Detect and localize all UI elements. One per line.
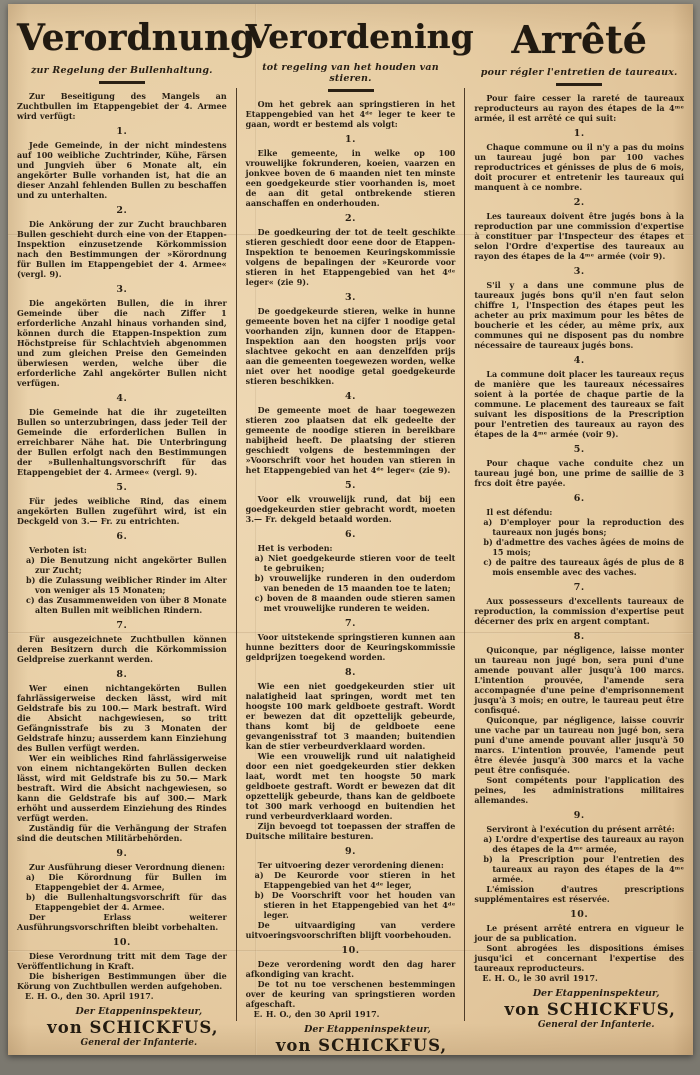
section-9: 9.Zur Ausführung dieser Verordnung diene…: [17, 848, 227, 932]
section-2: 2.Die Ankörung der zur Zucht brauchbaren…: [17, 205, 227, 279]
column-subtitle: tot regeling van het houden van stieren.: [246, 62, 456, 84]
clause-item: b) vrouwelijke runderen in den ouderdom …: [246, 573, 456, 593]
section-number: 4.: [474, 355, 684, 366]
column-dutch: Verordeningtot regeling van het houden v…: [237, 4, 465, 1055]
dateline: E. H. O., le 30 avril 1917.: [474, 973, 684, 983]
clause-item: a) L'ordre d'expertise des taureaux au r…: [474, 834, 684, 854]
section-number: 6.: [474, 493, 684, 504]
section-number: 2.: [474, 197, 684, 208]
paragraph: Der Erlass weiterer Ausführungsvorschrif…: [17, 912, 227, 932]
clause-list: a) Niet goedgekeurde stieren voor de tee…: [246, 553, 456, 613]
subtitle-rule: [556, 83, 602, 86]
section-number: 9.: [474, 810, 684, 821]
section-number: 1.: [246, 134, 456, 145]
paragraph: Chaque commune ou il n'y a pas du moins …: [474, 142, 684, 192]
signature-rank: General der Infanterie.: [17, 1038, 227, 1048]
column-french: Arrêtépour régler l'entretien de taureau…: [465, 4, 693, 1055]
section-number: 2.: [246, 213, 456, 224]
column-title: Verordnung: [17, 20, 227, 58]
poster-paper: Verordnungzur Regelung der Bullenhaltung…: [8, 4, 693, 1055]
paragraph: Wie een niet goedgekeurden stier uit nal…: [246, 681, 456, 751]
section-6: 6.Het is verboden:a) Niet goedgekeurde s…: [246, 529, 456, 613]
section-3: 3.S'il y a dans une commune plus de taur…: [474, 266, 684, 350]
section-10: 10.Deze verordening wordt den dag harer …: [246, 945, 456, 1019]
subtitle-rule: [328, 89, 374, 92]
section-7: 7.Aux possesseurs d'excellents taureaux …: [474, 582, 684, 626]
section-3: 3.Die angekörten Bullen, die in ihrer Ge…: [17, 284, 227, 388]
clause-item: c) boven de 8 maanden oude stieren samen…: [246, 593, 456, 613]
paragraph: S'il y a dans une commune plus de taurea…: [474, 280, 684, 350]
section-10: 10.Le présent arrêté entrera en vigueur …: [474, 909, 684, 983]
paragraph: Voor uitstekende springstieren kunnen aa…: [246, 632, 456, 662]
paragraph: Die angekörten Bullen, die in ihrer Geme…: [17, 298, 227, 388]
clause-item: c) de paitre des taureaux âgés de plus d…: [474, 557, 684, 577]
paragraph: La commune doit placer les taureaux reçu…: [474, 369, 684, 439]
clause-item: b) die Bullenhaltungsvorschrift für das …: [17, 892, 227, 912]
section-number: 5.: [474, 444, 684, 455]
scanned-poster-page: { "poster": { "printer_line": "Gent, dru…: [0, 0, 700, 1075]
column-title: Verordening: [246, 20, 456, 55]
signature-block: Der Etappeninspekteur,von SCHICKFUS,Gene…: [17, 1006, 227, 1048]
section-3: 3.De goedgekeurde stieren, welke in hunn…: [246, 292, 456, 386]
subtitle-rule: [99, 81, 145, 84]
section-number: 9.: [246, 846, 456, 857]
column-title: Arrêté: [474, 20, 684, 60]
section-8: 8.Wer einen nichtangekörten Bullen fahrl…: [17, 669, 227, 843]
section-number: 5.: [246, 480, 456, 491]
column-german: Verordnungzur Regelung der Bullenhaltung…: [8, 4, 236, 1055]
poster-columns: Verordnungzur Regelung der Bullenhaltung…: [8, 4, 693, 1055]
section-number: 3.: [17, 284, 227, 295]
section-2: 2.De goedkeuring der tot de teelt geschi…: [246, 213, 456, 287]
paragraph: Quiconque, par négligence, laisse couvri…: [474, 715, 684, 775]
section-number: 10.: [246, 945, 456, 956]
paragraph: Les taureaux doivent être jugés bons à l…: [474, 211, 684, 261]
paragraph: Die Gemeinde hat die ihr zugeteilten Bul…: [17, 407, 227, 477]
section-1: 1.Jede Gemeinde, in der nicht mindestens…: [17, 126, 227, 200]
paragraph: Zur Ausführung dieser Verordnung dienen:: [17, 862, 227, 872]
section-number: 8.: [474, 631, 684, 642]
clause-list: a) Die Körordnung für Bullen im Etappeng…: [17, 872, 227, 912]
section-5: 5.Pour chaque vache conduite chez un tau…: [474, 444, 684, 488]
section-8: 8.Quiconque, par négligence, laisse mont…: [474, 631, 684, 805]
paragraph: De goedkeuring der tot de teelt geschikt…: [246, 227, 456, 287]
paragraph: Zuständig für die Verhängung der Strafen…: [17, 823, 227, 843]
paragraph: Für jedes weibliche Rind, das einem ange…: [17, 496, 227, 526]
section-number: 7.: [474, 582, 684, 593]
section-number: 7.: [246, 618, 456, 629]
paragraph: Elke gemeente, in welke op 100 vrouwelij…: [246, 148, 456, 208]
paragraph: Zijn bevoegd tot toepassen der straffen …: [246, 821, 456, 841]
section-4: 4.La commune doit placer les taureaux re…: [474, 355, 684, 439]
section-number: 2.: [17, 205, 227, 216]
signature-rank: General der Infanterie.: [474, 1020, 684, 1030]
section-number: 5.: [17, 482, 227, 493]
section-number: 10.: [474, 909, 684, 920]
section-9: 9.Serviront à l'exécution du présent arr…: [474, 810, 684, 904]
signature-block: Der Etappeninspekteur,von SCHICKFUS,Gene…: [474, 988, 684, 1030]
paragraph: De goedgekeurde stieren, welke in hunne …: [246, 306, 456, 386]
signature-role: Der Etappeninspekteur,: [17, 1006, 227, 1017]
paragraph: Sont abrogées les dispositions émises ju…: [474, 943, 684, 973]
paragraph: Wer einen nichtangekörten Bullen fahrläs…: [17, 683, 227, 753]
clause-item: a) Niet goedgekeurde stieren voor de tee…: [246, 553, 456, 573]
paragraph: Deze verordening wordt den dag harer afk…: [246, 959, 456, 979]
section-number: 10.: [17, 937, 227, 948]
paragraph: Diese Verordnung tritt mit dem Tage der …: [17, 951, 227, 971]
section-5: 5.Für jedes weibliche Rind, das einem an…: [17, 482, 227, 526]
signature-block: Der Etappeninspekteur,von SCHICKFUS,Gene…: [246, 1024, 456, 1055]
clause-item: a) Die Körordnung für Bullen im Etappeng…: [17, 872, 227, 892]
clause-item: a) De Keurorde voor stieren in het Etapp…: [246, 870, 456, 890]
signature-role: Der Etappeninspekteur,: [474, 988, 684, 999]
paragraph: Het is verboden:: [246, 543, 456, 553]
paragraph: De tot nu toe verschenen bestemmingen ov…: [246, 979, 456, 1009]
paragraph: Pour chaque vache conduite chez un taure…: [474, 458, 684, 488]
section-8: 8.Wie een niet goedgekeurden stier uit n…: [246, 667, 456, 841]
section-4: 4.Die Gemeinde hat die ihr zugeteilten B…: [17, 393, 227, 477]
paragraph: Die Ankörung der zur Zucht brauchbaren B…: [17, 219, 227, 279]
section-9: 9.Ter uitvoering dezer verordening diene…: [246, 846, 456, 940]
dateline: E. H. O., den 30 April 1917.: [246, 1009, 456, 1019]
paragraph: L'émission d'autres prescriptions supplé…: [474, 884, 684, 904]
clause-list: a) Die Benutzung nicht angekörter Bullen…: [17, 555, 227, 615]
section-number: 8.: [17, 669, 227, 680]
paragraph: Sont compétents pour l'application des p…: [474, 775, 684, 805]
clause-list: a) De Keurorde voor stieren in het Etapp…: [246, 870, 456, 920]
clause-list: a) D'employer pour la reproduction des t…: [474, 517, 684, 577]
paragraph: Für ausgezeichnete Zuchtbullen können de…: [17, 634, 227, 664]
paragraph: Il est défendu:: [474, 507, 684, 517]
intro-paragraph: Pour faire cesser la rareté de taureaux …: [474, 93, 684, 123]
clause-item: b) De Voorschrift voor het houden van st…: [246, 890, 456, 920]
section-1: 1.Chaque commune ou il n'y a pas du moin…: [474, 128, 684, 192]
column-subtitle: zur Regelung der Bullenhaltung.: [17, 65, 227, 76]
paragraph: Die bisherigen Bestimmungen über die Kör…: [17, 971, 227, 991]
paragraph: Serviront à l'exécution du présent arrêt…: [474, 824, 684, 834]
paragraph: Verboten ist:: [17, 545, 227, 555]
section-7: 7.Für ausgezeichnete Zuchtbullen können …: [17, 620, 227, 664]
section-number: 4.: [17, 393, 227, 404]
section-number: 8.: [246, 667, 456, 678]
section-6: 6.Il est défendu:a) D'employer pour la r…: [474, 493, 684, 577]
section-number: 3.: [474, 266, 684, 277]
section-number: 6.: [246, 529, 456, 540]
paragraph: Quiconque, par négligence, laisse monter…: [474, 645, 684, 715]
section-number: 6.: [17, 531, 227, 542]
paragraph: Wie een vrouwelijk rund uit nalatigheid …: [246, 751, 456, 821]
section-6: 6.Verboten ist:a) Die Benutzung nicht an…: [17, 531, 227, 615]
clause-item: a) D'employer pour la reproduction des t…: [474, 517, 684, 537]
clause-list: a) L'ordre d'expertise des taureaux au r…: [474, 834, 684, 884]
intro-paragraph: Zur Beseitigung des Mangels an Zuchtbull…: [17, 91, 227, 121]
paragraph: Ter uitvoering dezer verordening dienen:: [246, 860, 456, 870]
section-number: 1.: [17, 126, 227, 137]
section-number: 9.: [17, 848, 227, 859]
section-4: 4.De gemeente moet de haar toegewezen st…: [246, 391, 456, 475]
signature-name: von SCHICKFUS,: [474, 1000, 684, 1019]
clause-item: b) die Zulassung weiblicher Rinder im Al…: [17, 575, 227, 595]
section-number: 3.: [246, 292, 456, 303]
section-7: 7.Voor uitstekende springstieren kunnen …: [246, 618, 456, 662]
dateline: E. H. O., den 30. April 1917.: [17, 991, 227, 1001]
clause-item: b) la Prescription pour l'entretien des …: [474, 854, 684, 884]
signature-name: von SCHICKFUS,: [17, 1018, 227, 1037]
clause-item: c) das Zusammenweiden von über 8 Monate …: [17, 595, 227, 615]
intro-paragraph: Om het gebrek aan springstieren in het E…: [246, 99, 456, 129]
section-1: 1.Elke gemeente, in welke op 100 vrouwel…: [246, 134, 456, 208]
section-5: 5.Voor elk vrouwelijk rund, dat bij een …: [246, 480, 456, 524]
section-number: 7.: [17, 620, 227, 631]
column-subtitle: pour régler l'entretien de taureaux.: [474, 67, 684, 78]
signature-name: von SCHICKFUS,: [246, 1036, 456, 1055]
section-10: 10.Diese Verordnung tritt mit dem Tage d…: [17, 937, 227, 1001]
paragraph: Le présent arrêté entrera en vigueur le …: [474, 923, 684, 943]
signature-role: Der Etappeninspekteur,: [246, 1024, 456, 1035]
section-number: 1.: [474, 128, 684, 139]
paragraph: De gemeente moet de haar toegewezen stie…: [246, 405, 456, 475]
section-number: 4.: [246, 391, 456, 402]
clause-item: a) Die Benutzung nicht angekörter Bullen…: [17, 555, 227, 575]
paragraph: Aux possesseurs d'excellents taureaux de…: [474, 596, 684, 626]
paragraph: Jede Gemeinde, in der nicht mindestens a…: [17, 140, 227, 200]
section-2: 2.Les taureaux doivent être jugés bons à…: [474, 197, 684, 261]
paragraph: Voor elk vrouwelijk rund, dat bij een go…: [246, 494, 456, 524]
paragraph: De uitvaardiging van verdere uitvoerings…: [246, 920, 456, 940]
clause-item: b) d'admettre des vaches âgées de moins …: [474, 537, 684, 557]
paragraph: Wer ein weibliches Rind fahrlässigerweis…: [17, 753, 227, 823]
